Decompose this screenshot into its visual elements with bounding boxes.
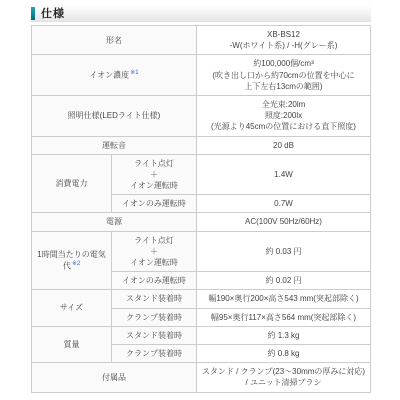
spec-label: 付属品 (102, 373, 126, 382)
spec-label: 質量 (64, 340, 80, 349)
spec-sublabel-line: スタンド装着時 (114, 330, 194, 341)
spec-sublabel-cell: スタンド装着時 (112, 290, 197, 308)
spec-label-cell: 照明仕様(LEDライト仕様) (32, 95, 197, 136)
spec-label: 形名 (106, 36, 122, 45)
spec-sublabel-line: クランプ装着時 (114, 312, 194, 323)
spec-value-line: 約100,000個/cm³ (199, 58, 368, 69)
spec-label: イオン濃度 (89, 71, 129, 80)
table-row: 形名XB-BS12-W(ホワイト系) / -H(グレー系) (32, 26, 371, 55)
spec-label-cell: 消費電力 (32, 154, 112, 213)
spec-value-cell: 幅95×奥行117×高さ564 mm(突起部除く) (197, 308, 371, 326)
spec-value-line: -W(ホワイト系) / -H(グレー系) (199, 40, 368, 51)
spec-value-cell: AC(100V 50Hz/60Hz) (197, 213, 371, 231)
spec-label-cell: 質量 (32, 326, 112, 362)
spec-label-cell: 1時間当たりの電気代※2 (32, 231, 112, 290)
spec-value-line: 20 dB (199, 140, 368, 151)
spec-label-cell: イオン濃度※1 (32, 55, 197, 96)
spec-sublabel-line: ライト点灯 (114, 235, 194, 246)
spec-value-cell: 約100,000個/cm³(吹き出し口から約70cmの位置を中心に上下左右13c… (197, 55, 371, 96)
spec-label: サイズ (60, 303, 83, 312)
spec-value-line: 約 0.03 円 (199, 246, 368, 257)
spec-value-line: 約 0.8 kg (199, 348, 368, 359)
spec-value-line: AC(100V 50Hz/60Hz) (199, 216, 368, 227)
accent-bar-icon (31, 7, 35, 20)
spec-sublabel-cell: クランプ装着時 (112, 308, 197, 326)
spec-sublabel-line: イオンのみ運転時 (114, 275, 194, 286)
spec-value-line: 全光束:20lm (199, 99, 368, 110)
spec-value-cell: 幅190×奥行200×高さ543 mm(突起部除く) (197, 290, 371, 308)
table-row: 消費電力ライト点灯＋イオン運転時1.4W (32, 154, 371, 195)
page-title: 仕様 (41, 5, 65, 21)
footnote-marker: ※2 (72, 261, 80, 267)
spec-label: 運転音 (102, 141, 126, 150)
spec-sublabel-cell: ライト点灯＋イオン運転時 (112, 231, 197, 272)
table-row: サイズスタンド装着時幅190×奥行200×高さ543 mm(突起部除く) (32, 290, 371, 308)
spec-sublabel-cell: ライト点灯＋イオン運転時 (112, 154, 197, 195)
table-row: 運転音20 dB (32, 136, 371, 154)
spec-value-cell: 1.4W (197, 154, 371, 195)
spec-value-line: 幅95×奥行117×高さ564 mm(突起部除く) (199, 312, 368, 323)
spec-sublabel-line: ライト点灯 (114, 158, 194, 169)
spec-value-line: (吹き出し口から約70cmの位置を中心に (199, 70, 368, 81)
spec-label-cell: 形名 (32, 26, 197, 55)
spec-sublabel-line: スタンド装着時 (114, 293, 194, 304)
table-row: イオン濃度※1約100,000個/cm³(吹き出し口から約70cmの位置を中心に… (32, 55, 371, 96)
spec-value-line: XB-BS12 (199, 29, 368, 40)
spec-value-line: 上下左右13cmの範囲) (199, 81, 368, 92)
table-row: 照明仕様(LEDライト仕様)全光束:20lm照度:200lx(光源より45cmの… (32, 95, 371, 136)
spec-value-line: 幅190×奥行200×高さ543 mm(突起部除く) (199, 293, 368, 304)
spec-value-line: 約 0.02 円 (199, 275, 368, 286)
spec-label: 照明仕様(LEDライト仕様) (68, 111, 161, 120)
table-row: 質量スタンド装着時約 1.3 kg (32, 326, 371, 344)
table-row: 電源AC(100V 50Hz/60Hz) (32, 213, 371, 231)
table-row: 1時間当たりの電気代※2ライト点灯＋イオン運転時約 0.03 円 (32, 231, 371, 272)
spec-sublabel-line: イオン運転時 (114, 257, 194, 268)
spec-sublabel-cell: イオンのみ運転時 (112, 272, 197, 290)
spec-value-line: / ユニット清掃ブラシ (199, 377, 368, 388)
spec-label-cell: 電源 (32, 213, 197, 231)
spec-table: 形名XB-BS12-W(ホワイト系) / -H(グレー系)イオン濃度※1約100… (31, 25, 371, 393)
spec-section: 仕様 形名XB-BS12-W(ホワイト系) / -H(グレー系)イオン濃度※1約… (31, 5, 371, 393)
spec-value-cell: 約 0.02 円 (197, 272, 371, 290)
spec-table-body: 形名XB-BS12-W(ホワイト系) / -H(グレー系)イオン濃度※1約100… (32, 26, 371, 393)
spec-value-cell: スタンド / クランプ(23～30mmの厚みに対応)/ ユニット清掃ブラシ (197, 363, 371, 392)
spec-value-line: 約 1.3 kg (199, 330, 368, 341)
spec-value-line: スタンド / クランプ(23～30mmの厚みに対応) (199, 366, 368, 377)
spec-value-cell: 約 0.03 円 (197, 231, 371, 272)
spec-value-cell: 0.7W (197, 195, 371, 213)
spec-value-cell: XB-BS12-W(ホワイト系) / -H(グレー系) (197, 26, 371, 55)
spec-sublabel-line: ＋ (114, 246, 194, 257)
spec-label-cell: 運転音 (32, 136, 197, 154)
spec-label-cell: 付属品 (32, 363, 197, 392)
spec-value-cell: 約 0.8 kg (197, 344, 371, 362)
spec-sublabel-line: ＋ (114, 169, 194, 180)
spec-sublabel-cell: クランプ装着時 (112, 344, 197, 362)
spec-sublabel-cell: スタンド装着時 (112, 326, 197, 344)
spec-value-cell: 約 1.3 kg (197, 326, 371, 344)
spec-value-line: 1.4W (199, 169, 368, 180)
table-row: 付属品スタンド / クランプ(23～30mmの厚みに対応)/ ユニット清掃ブラシ (32, 363, 371, 392)
spec-sublabel-line: イオン運転時 (114, 180, 194, 191)
spec-label: 電源 (106, 217, 122, 226)
spec-value-line: (光源より45cmの位置における直下照度) (199, 121, 368, 132)
spec-sublabel-line: クランプ装着時 (114, 348, 194, 359)
footnote-marker: ※1 (130, 70, 138, 76)
spec-sublabel-cell: イオンのみ運転時 (112, 195, 197, 213)
spec-value-line: 0.7W (199, 198, 368, 209)
spec-label-cell: サイズ (32, 290, 112, 326)
spec-value-cell: 20 dB (197, 136, 371, 154)
section-header: 仕様 (31, 5, 371, 22)
spec-sublabel-line: イオンのみ運転時 (114, 198, 194, 209)
spec-value-line: 照度:200lx (199, 110, 368, 121)
spec-label: 消費電力 (56, 179, 88, 188)
spec-value-cell: 全光束:20lm照度:200lx(光源より45cmの位置における直下照度) (197, 95, 371, 136)
